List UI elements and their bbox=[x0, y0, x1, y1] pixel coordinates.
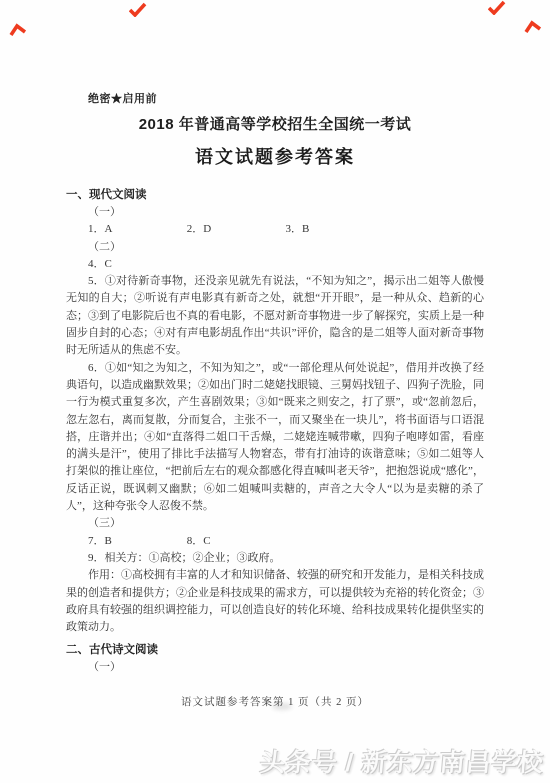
answer-1: 1．A bbox=[88, 221, 184, 238]
part-label-classical-1: （一） bbox=[66, 659, 484, 676]
page-footer: 语文试题参考答案第 1 页（共 2 页） bbox=[0, 694, 550, 709]
red-mark-stroke bbox=[489, 2, 504, 13]
answer-4: 4．C bbox=[66, 256, 484, 273]
watermark-text: 头条号 / 新东方南昌学校 bbox=[259, 743, 546, 779]
choice-answers-1-3: 1．A 2．D 3．B bbox=[66, 221, 484, 238]
red-mark-stroke bbox=[526, 23, 540, 32]
document-content: 绝密★启用前 2018 年普通高等学校招生全国统一考试 语文试题参考答案 一、现… bbox=[66, 92, 484, 677]
red-corner-mark bbox=[129, 2, 147, 17]
part-label-3: （三） bbox=[66, 515, 484, 532]
choice-answers-7-8: 7．B 8．C bbox=[66, 533, 484, 550]
red-corner-mark bbox=[488, 0, 506, 15]
part-label-2: （二） bbox=[66, 239, 484, 256]
security-label: 绝密★启用前 bbox=[66, 92, 484, 106]
red-corner-mark bbox=[524, 20, 542, 35]
answer-2: 2．D bbox=[187, 221, 283, 238]
answer-9-parties: 9．相关方：①高校；②企业；③政府。 bbox=[66, 550, 484, 567]
section-heading-classical-reading: 二、古代诗文阅读 bbox=[66, 642, 484, 659]
red-mark-stroke bbox=[11, 26, 25, 35]
exam-title: 2018 年普通高等学校招生全国统一考试 bbox=[66, 115, 484, 135]
section-heading-modern-reading: 一、现代文阅读 bbox=[66, 187, 484, 204]
answer-9-function: 作用：①高校拥有丰富的人才和知识储备、较强的研究和开发能力，是相关科技成果的创造… bbox=[66, 567, 484, 636]
answer-3: 3．B bbox=[286, 221, 310, 238]
exam-answer-page: 绝密★启用前 2018 年普通高等学校招生全国统一考试 语文试题参考答案 一、现… bbox=[0, 0, 550, 783]
answer-5-paragraph: 5．①对待新奇事物，还没亲见就先有说法，“不知为知之”，揭示出二姐等人傲慢无知的… bbox=[66, 273, 484, 359]
answer-8: 8．C bbox=[187, 533, 211, 550]
answer-7: 7．B bbox=[88, 533, 184, 550]
answer-6-paragraph: 6．①如“知之为知之，不知为知之”，或“一部伦理从何处说起”，借用并改换了经典语… bbox=[66, 360, 484, 516]
page-title: 语文试题参考答案 bbox=[66, 145, 484, 169]
part-label-1: （一） bbox=[66, 204, 484, 221]
red-mark-stroke bbox=[130, 4, 145, 15]
red-corner-mark bbox=[9, 23, 27, 38]
